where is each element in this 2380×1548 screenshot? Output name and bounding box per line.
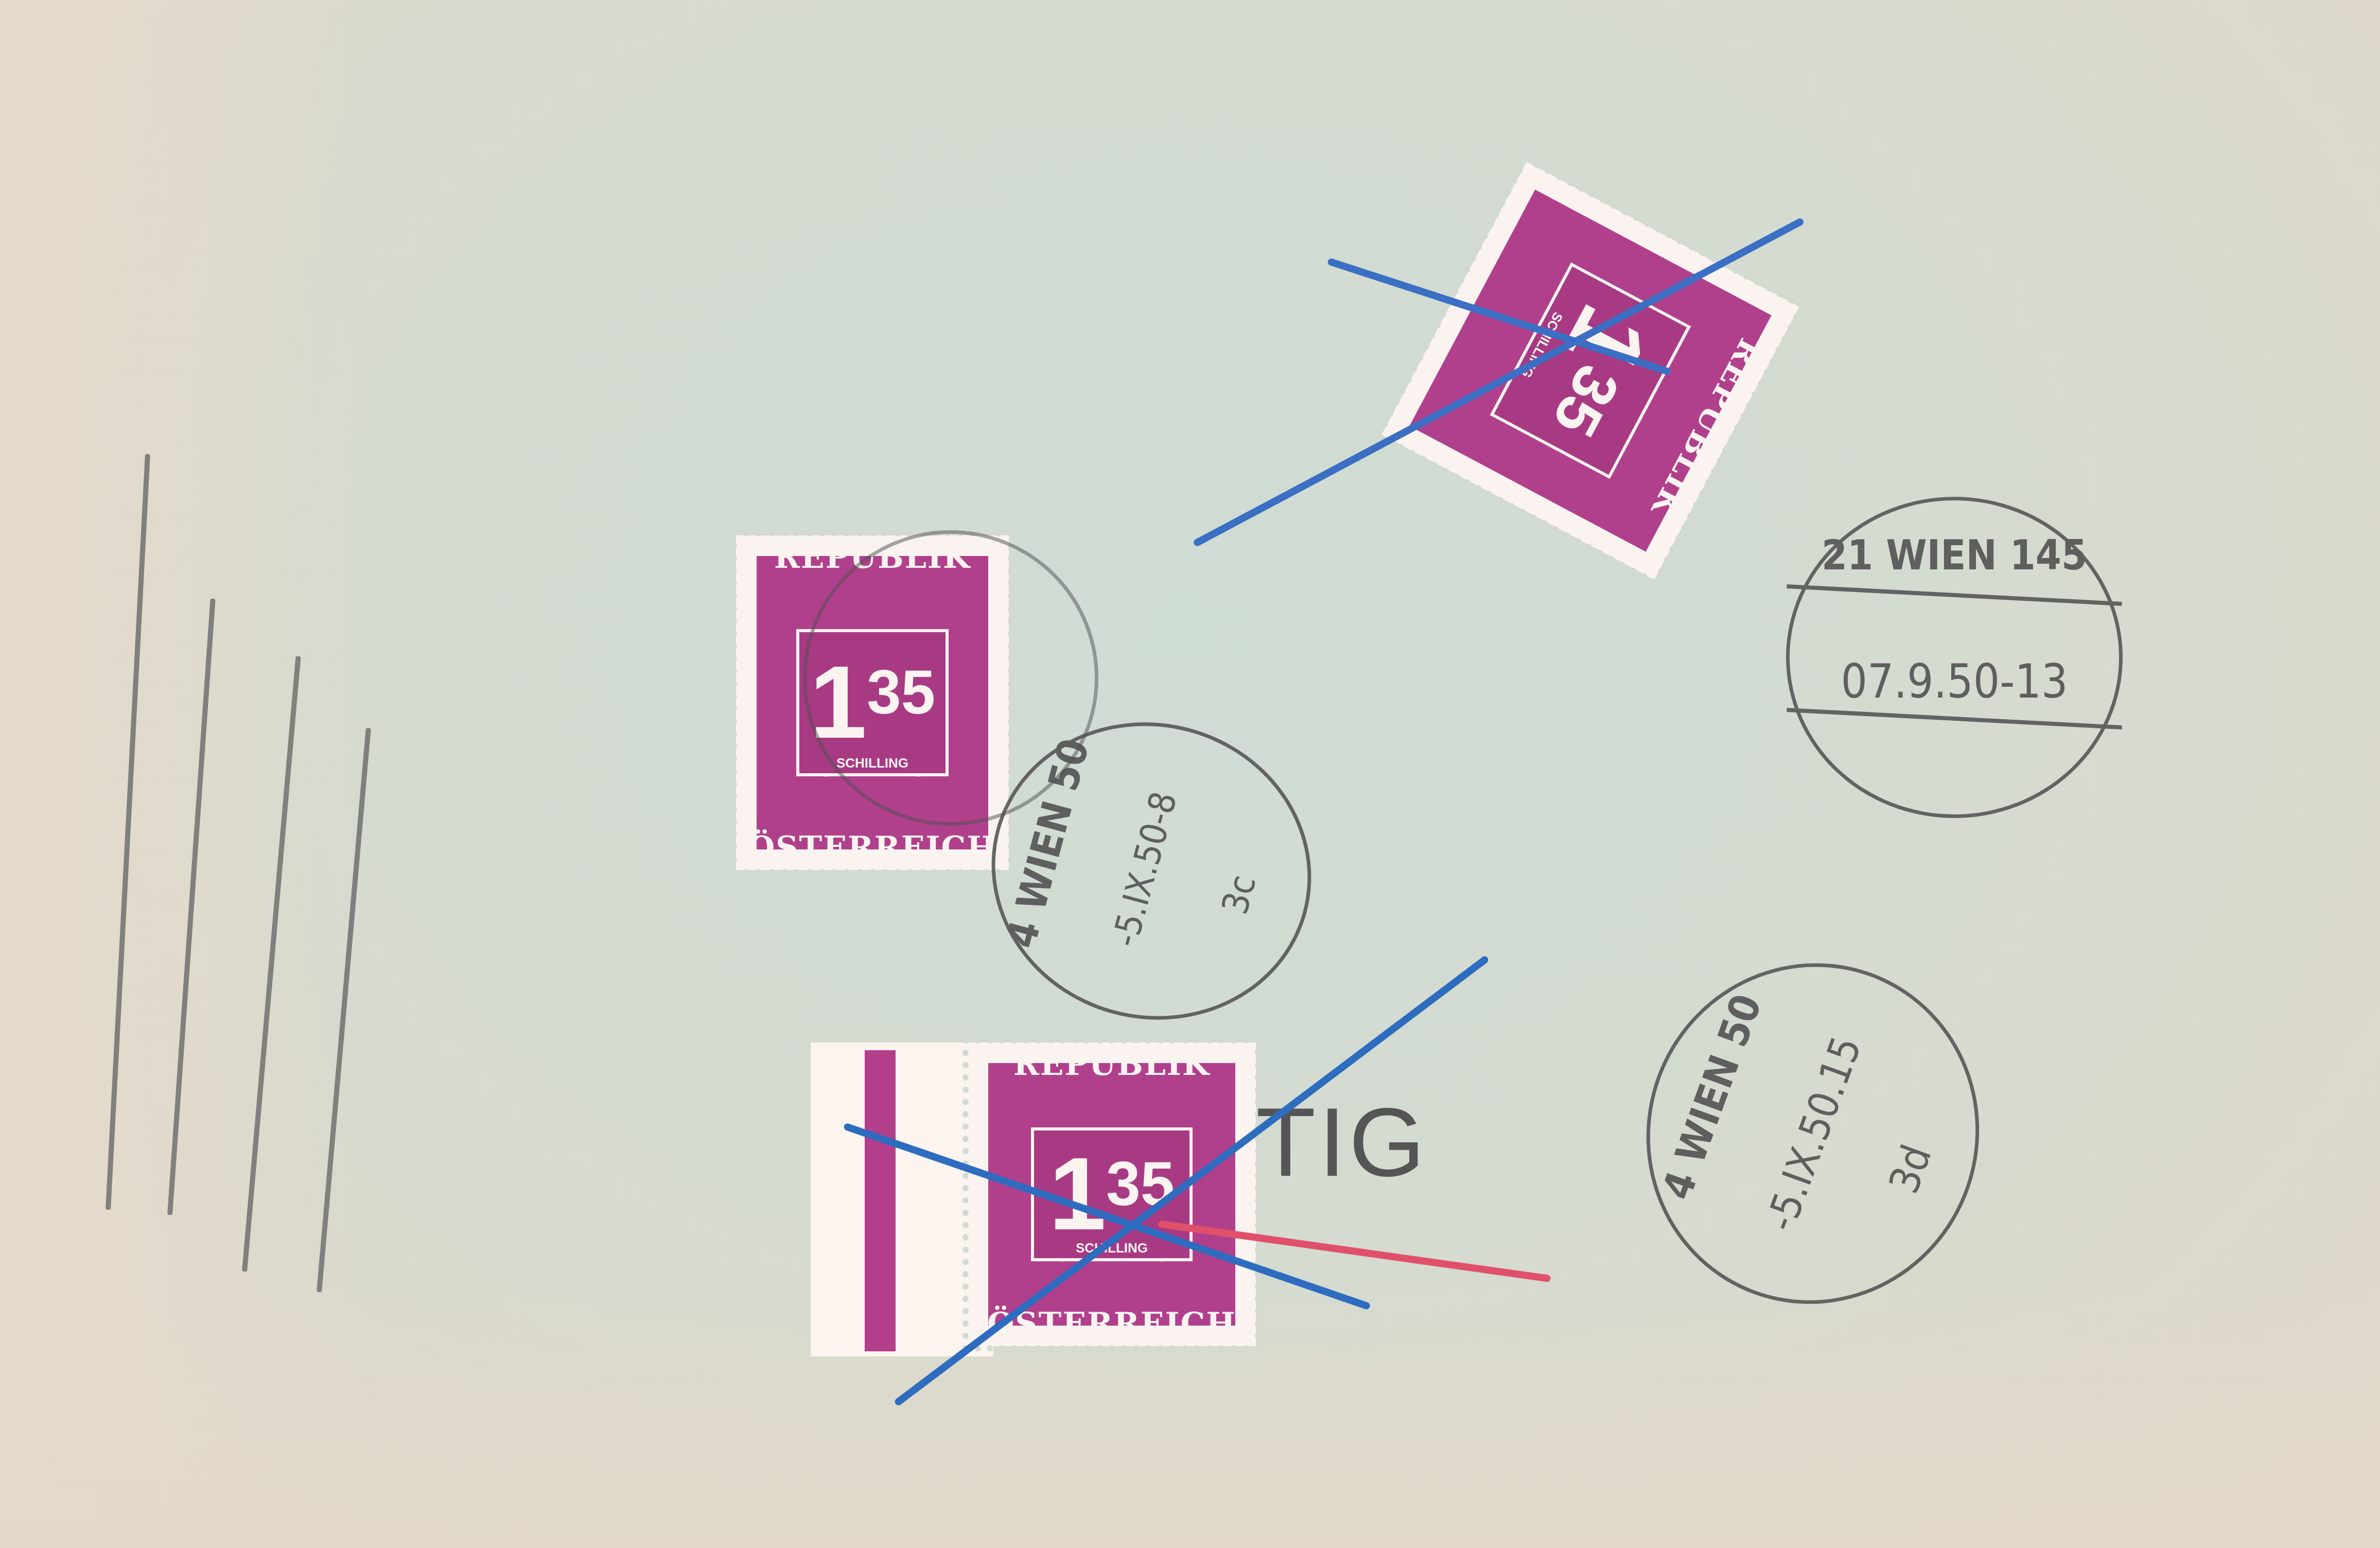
- stamp-top-text: REPUBLIK: [968, 1047, 1256, 1083]
- postmark-date: -5.IX.50-8: [1087, 724, 1202, 1014]
- postmark-code: 3c: [1181, 750, 1297, 1039]
- postage-due-stamp: REPUBLIK 135 SCHILLING: [1381, 162, 1799, 579]
- envelope: REPUBLIK 135 SCHILLING REPUBLIK 135 SCHI…: [0, 0, 2380, 1548]
- postmark: 4 WIEN 50 -5.IX.50.15 3d: [1599, 916, 2027, 1351]
- postage-due-stamp: REPUBLIK 135 SCHILLING ÖSTERREICH: [968, 1042, 1256, 1346]
- postmark: [803, 530, 1098, 826]
- postmark-date: 07.9.50-13: [1790, 655, 2119, 709]
- stamp-value-main: 1: [1049, 1143, 1106, 1246]
- stamp-selvage: [811, 1042, 993, 1356]
- handstamp-text: TIG: [1256, 1086, 1428, 1198]
- postmark: 21 WIEN 145 07.9.50-13: [1786, 497, 2123, 818]
- stamp-bottom-text: ÖSTERREICH: [736, 830, 1009, 866]
- stamp-bottom-text: ÖSTERREICH: [968, 1306, 1256, 1342]
- postmark-office: 21 WIEN 145: [1790, 531, 2119, 579]
